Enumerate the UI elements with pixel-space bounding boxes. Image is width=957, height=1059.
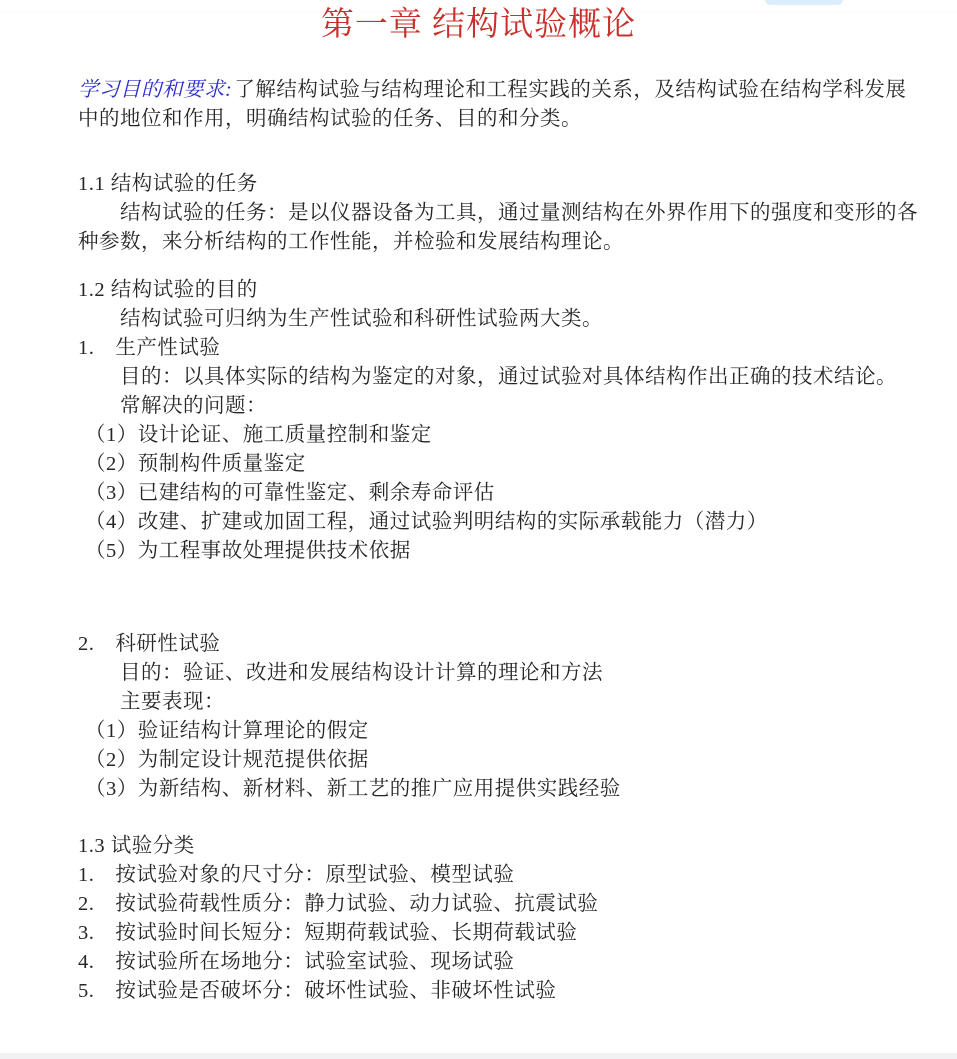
intro-line-1: 学习目的和要求:了解结构试验与结构理论和工程实践的关系，及结构试验在结构学科发展 bbox=[78, 76, 957, 105]
research-item: （2）为制定设计规范提供依据 bbox=[85, 746, 957, 775]
production-item: （2）预制构件质量鉴定 bbox=[85, 450, 957, 479]
section-1-1-body-line-2: 种参数，来分析结构的工作性能，并检验和发展结构理论。 bbox=[78, 228, 957, 257]
production-item: （5）为工程事故处理提供技术依据 bbox=[85, 537, 957, 566]
section-1-2-summary: 结构试验可归纳为生产性试验和科研性试验两大类。 bbox=[120, 305, 957, 334]
production-test-purpose: 目的：以具体实际的结构为鉴定的对象，通过试验对具体结构作出正确的技术结论。 bbox=[120, 363, 957, 392]
classification-item: 5. 按试验是否破坏分：破坏性试验、非破坏性试验 bbox=[78, 977, 957, 1006]
production-item: （1）设计论证、施工质量控制和鉴定 bbox=[85, 421, 957, 450]
learning-objectives-label: 学习目的和要求: bbox=[78, 79, 234, 101]
research-test-heading: 2. 科研性试验 bbox=[78, 630, 957, 659]
production-test-heading: 1. 生产性试验 bbox=[78, 334, 957, 363]
intro-line-2: 中的地位和作用，明确结构试验的任务、目的和分类。 bbox=[78, 105, 957, 134]
research-item: （3）为新结构、新材料、新工艺的推广应用提供实践经验 bbox=[85, 775, 957, 804]
classification-item: 1. 按试验对象的尺寸分：原型试验、模型试验 bbox=[78, 861, 957, 890]
page-bottom-strip bbox=[0, 1053, 957, 1059]
intro-text-1: 了解结构试验与结构理论和工程实践的关系，及结构试验在结构学科发展 bbox=[234, 79, 906, 101]
heading-1-2: 1.2 结构试验的目的 bbox=[78, 276, 957, 305]
production-item: （3）已建结构的可靠性鉴定、剩余寿命评估 bbox=[85, 479, 957, 508]
heading-1-1: 1.1 结构试验的任务 bbox=[78, 170, 957, 199]
research-item: （1）验证结构计算理论的假定 bbox=[85, 717, 957, 746]
classification-item: 4. 按试验所在场地分：试验室试验、现场试验 bbox=[78, 948, 957, 977]
page-title: 第一章 结构试验概论 bbox=[0, 6, 957, 44]
heading-1-3: 1.3 试验分类 bbox=[78, 832, 957, 861]
classification-item: 2. 按试验荷载性质分：静力试验、动力试验、抗震试验 bbox=[78, 890, 957, 919]
production-test-list-label: 常解决的问题： bbox=[120, 392, 957, 421]
research-test-purpose: 目的：验证、改进和发展结构设计计算的理论和方法 bbox=[120, 659, 957, 688]
research-test-list-label: 主要表现： bbox=[120, 688, 957, 717]
classification-item: 3. 按试验时间长短分：短期荷载试验、长期荷载试验 bbox=[78, 919, 957, 948]
section-1-1-body-line-1: 结构试验的任务：是以仪器设备为工具，通过量测结构在外界作用下的强度和变形的各 bbox=[120, 199, 957, 228]
document-page: 第一章 结构试验概论 学习目的和要求:了解结构试验与结构理论和工程实践的关系，及… bbox=[0, 0, 957, 1006]
production-item: （4）改建、扩建或加固工程，通过试验判明结构的实际承载能力（潜力） bbox=[85, 508, 957, 537]
